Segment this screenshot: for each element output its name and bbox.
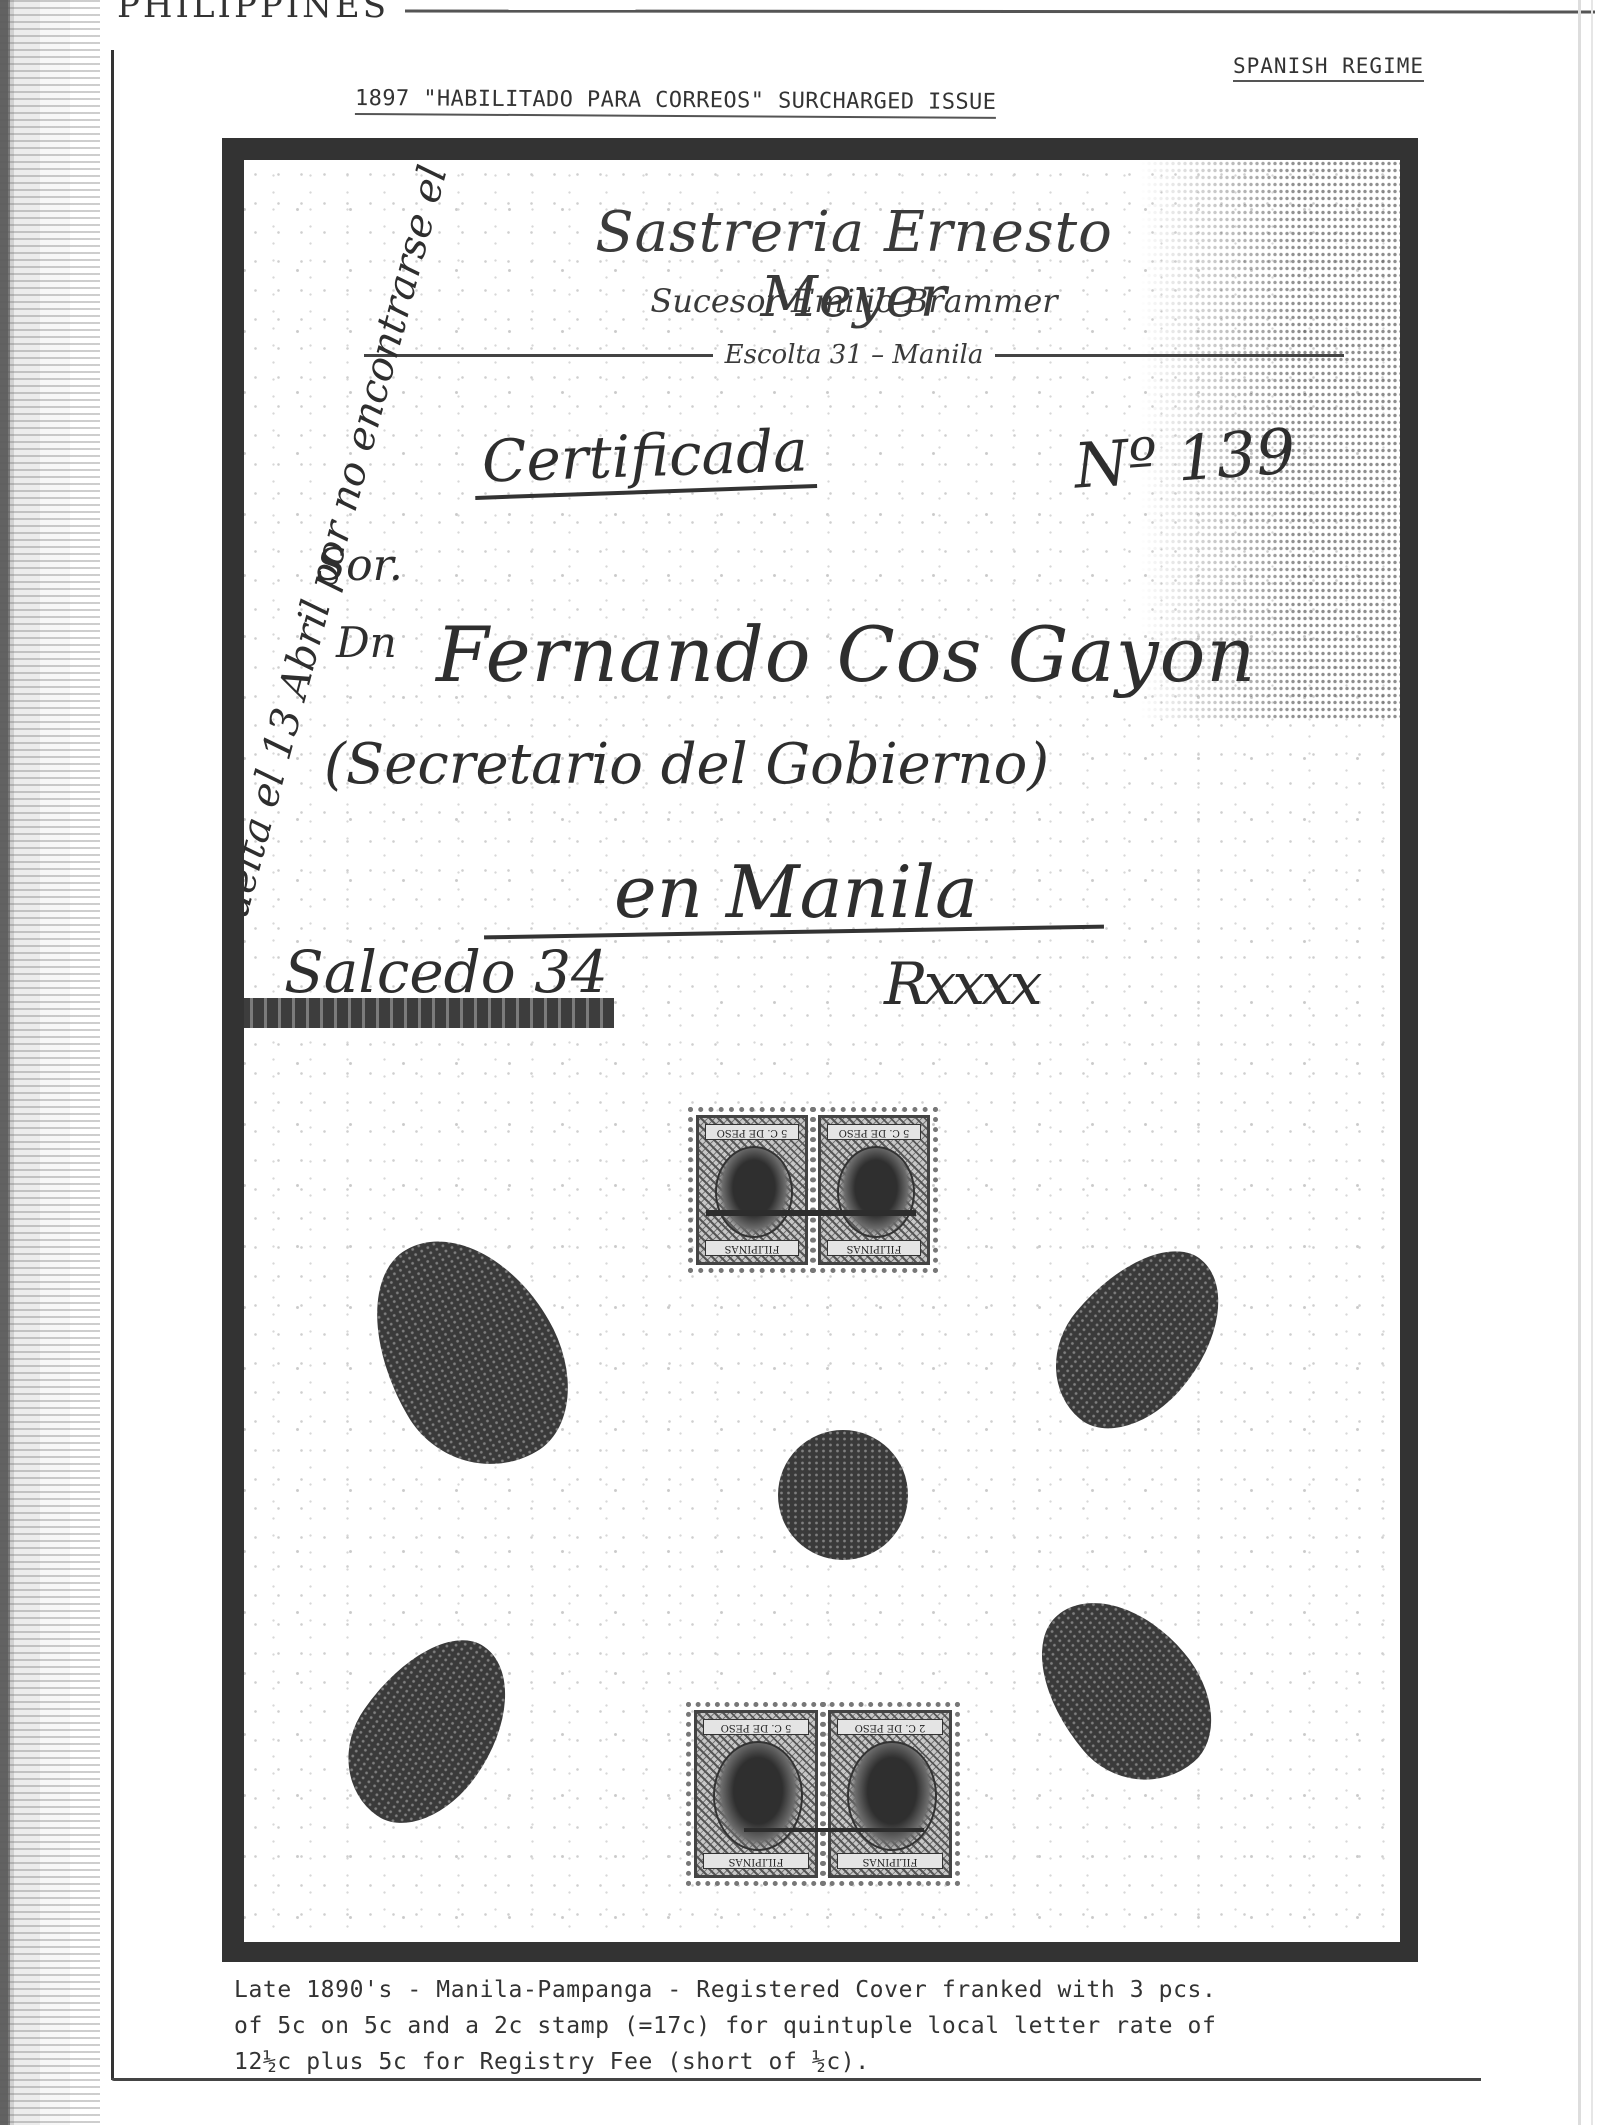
cover-photocopy: Sastreria Ernesto Meyer Sucesor Emilio B… bbox=[222, 138, 1418, 1962]
addressee-city: en Manila bbox=[614, 850, 978, 934]
letterhead-successor: Sucesor Emilio Brammer bbox=[504, 282, 1204, 320]
cancel-bar bbox=[744, 1828, 924, 1832]
caption-line: Late 1890's - Manila-Pampanga - Register… bbox=[234, 1972, 1474, 2008]
stamp-pair-upper: 5 C. DE PESO FILIPINAS 5 C. DE PESO FILI… bbox=[696, 1115, 930, 1265]
issue-title: 1897 "HABILITADO PARA CORREOS" SURCHARGE… bbox=[355, 86, 996, 119]
frame-left-rule bbox=[111, 50, 114, 2080]
cover-paper: Sastreria Ernesto Meyer Sucesor Emilio B… bbox=[244, 160, 1400, 1942]
stamp-value-band: 2 C. DE PESO bbox=[837, 1719, 943, 1735]
stamp: 5 C. DE PESO FILIPINAS bbox=[818, 1115, 930, 1265]
cover-caption: Late 1890's - Manila-Pampanga - Register… bbox=[234, 1972, 1474, 2080]
header-rule bbox=[405, 9, 1595, 13]
stamp-pair-lower: 5 C. DE PESO FILIPINAS 2 C. DE PESO FILI… bbox=[694, 1710, 952, 1878]
envelope-fold-edge bbox=[244, 998, 614, 1028]
section-label: SPANISH REGIME bbox=[1233, 54, 1424, 82]
honorific: Dn bbox=[336, 618, 397, 667]
stamp-country-band: FILIPINAS bbox=[703, 1853, 809, 1869]
right-edge-shadow bbox=[1591, 0, 1593, 2125]
binding-strip bbox=[0, 0, 100, 2125]
addressee-title: (Secretario del Gobierno) bbox=[324, 732, 1049, 797]
letterhead-rule bbox=[995, 354, 1344, 357]
stamp-portrait bbox=[715, 1146, 793, 1238]
stamp-country-band: FILIPINAS bbox=[705, 1240, 799, 1256]
stamp-country-band: FILIPINAS bbox=[837, 1853, 943, 1869]
stamp-arms bbox=[847, 1741, 937, 1851]
cancel-bar bbox=[706, 1210, 916, 1216]
binding-edge bbox=[0, 0, 10, 2125]
stamp-value-band: 5 C. DE PESO bbox=[703, 1719, 809, 1735]
addressee-name: Fernando Cos Gayon bbox=[436, 610, 1256, 699]
running-head: PHILIPPINES bbox=[117, 0, 389, 26]
caption-line: of 5c on 5c and a 2c stamp (=17c) for qu… bbox=[234, 2008, 1474, 2044]
registration-number: Nº 139 bbox=[1072, 414, 1298, 502]
caption-line: 12½c plus 5c for Registry Fee (short of … bbox=[234, 2044, 1474, 2080]
salutation: Sor. bbox=[316, 540, 403, 591]
letterhead-address: Escolta 31 – Manila bbox=[725, 340, 984, 370]
stamp-country-band: FILIPINAS bbox=[827, 1240, 921, 1256]
wax-seal bbox=[778, 1430, 908, 1560]
stamp: 5 C. DE PESO FILIPINAS bbox=[696, 1115, 808, 1265]
right-edge-shadow bbox=[1578, 0, 1581, 2125]
stamp-value-band: 5 C. DE PESO bbox=[827, 1124, 921, 1140]
stamp: 2 C. DE PESO FILIPINAS bbox=[828, 1710, 952, 1878]
letterhead-rule bbox=[364, 354, 713, 357]
registration-label: Certificada bbox=[473, 416, 817, 500]
letterhead-address-line: Escolta 31 – Manila bbox=[364, 340, 1344, 370]
signature: Rxxxx bbox=[884, 950, 1039, 1018]
stamp-portrait bbox=[713, 1741, 803, 1851]
stamp-portrait bbox=[837, 1146, 915, 1238]
stamp: 5 C. DE PESO FILIPINAS bbox=[694, 1710, 818, 1878]
street-address: Salcedo 34 bbox=[284, 938, 608, 1006]
stamp-value-band: 5 C. DE PESO bbox=[705, 1124, 799, 1140]
